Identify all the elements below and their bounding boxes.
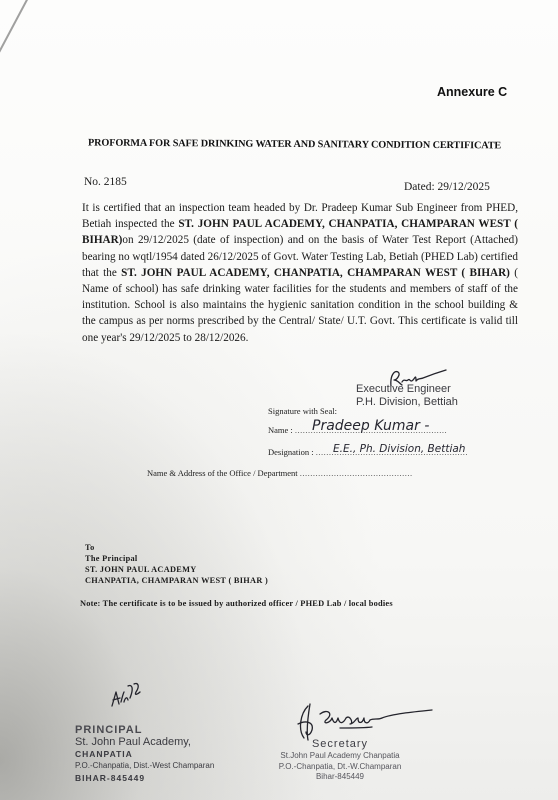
executive-engineer-seal: Executive Engineer P.H. Division, Bettia…: [356, 383, 458, 409]
name-handwritten-value: Pradeep Kumar -: [312, 418, 429, 434]
principal-stamp-line-3: P.O.-Chanpatia, Dist.-West Champaran: [75, 760, 214, 772]
secretary-stamp-line-1: St.John Paul Academy Chanpatia: [270, 751, 410, 762]
seal-line-2: P.H. Division, Bettiah: [356, 396, 458, 409]
principal-signature: [108, 678, 148, 710]
office-address-row: Name & Address of the Office / Departmen…: [147, 468, 413, 478]
certificate-note: Note: The certificate is to be issued by…: [80, 599, 393, 608]
certificate-body: It is certified that an inspection team …: [82, 200, 518, 346]
school-name-bold-2: ST. JOHN PAUL ACADEMY, CHANPATIA, CHAMPA…: [121, 267, 510, 279]
principal-stamp-line-1: St. John Paul Academy,: [75, 736, 214, 748]
principal-stamp-line-2: CHANPATIA: [75, 748, 214, 760]
name-label: Name :: [268, 425, 295, 435]
document-date: Dated: 29/12/2025: [404, 181, 490, 193]
secretary-signature: [292, 700, 442, 742]
secretary-stamp-title: Secretary: [270, 738, 410, 751]
addressee-line-3: CHANPATIA, CHAMPARAN WEST ( BIHAR ): [85, 575, 268, 586]
annexure-label: Annexure C: [437, 85, 507, 99]
designation-label: Designation :: [268, 447, 316, 457]
secretary-stamp-line-2: P.O.-Chanpatia, Dt.-W.Champaran: [270, 762, 410, 773]
principal-stamp: PRINCIPAL St. John Paul Academy, CHANPAT…: [75, 724, 214, 784]
designation-handwritten-value: E.E., Ph. Division, Bettiah: [333, 443, 465, 455]
document-title: PROFORMA FOR SAFE DRINKING WATER AND SAN…: [88, 138, 501, 152]
addressee-line-2: ST. JOHN PAUL ACADEMY: [85, 564, 268, 575]
secretary-stamp-line-3: Bihar-845449: [270, 772, 410, 783]
office-address-dots: ........................................…: [300, 468, 413, 478]
seal-line-1: Executive Engineer: [356, 383, 458, 396]
scanned-page: Annexure C PROFORMA FOR SAFE DRINKING WA…: [0, 0, 558, 800]
addressee-to: To: [85, 542, 268, 553]
principal-stamp-title: PRINCIPAL: [75, 724, 214, 736]
addressee-line-1: The Principal: [85, 553, 268, 564]
signature-with-seal-label: Signature with Seal:: [268, 406, 337, 416]
office-address-label: Name & Address of the Office / Departmen…: [147, 468, 300, 478]
secretary-stamp: Secretary St.John Paul Academy Chanpatia…: [270, 738, 410, 783]
principal-stamp-line-4: BIHAR-845449: [75, 772, 214, 784]
addressee-block: To The Principal ST. JOHN PAUL ACADEMY C…: [85, 542, 268, 586]
reference-number: No. 2185: [84, 176, 127, 188]
paper-fold-mark: [0, 0, 28, 62]
